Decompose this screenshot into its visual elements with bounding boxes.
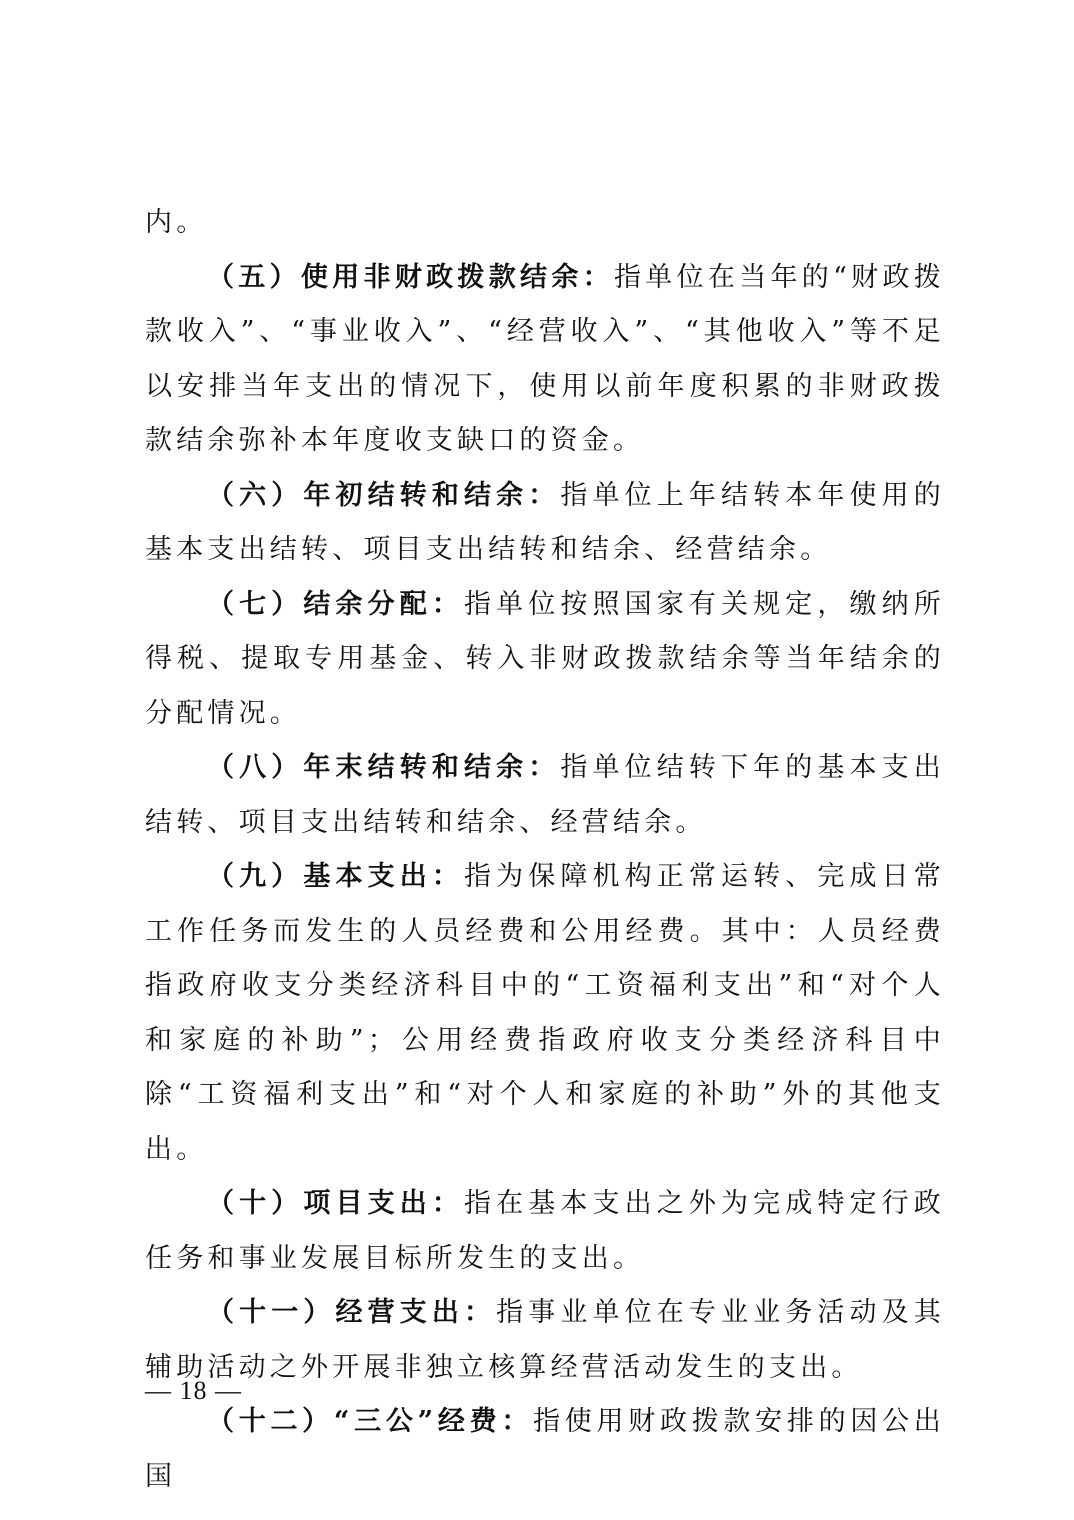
paragraph-opening-carryover: （六）年初结转和结余：指单位上年结转本年使用的基本支出结转、项目支出结转和结余、…: [145, 469, 945, 578]
paragraph-three-public-expenses: （十二）“三公”经费：指使用财政拨款安排的因公出国: [145, 1395, 945, 1504]
definition-term: （十）项目支出：: [207, 1188, 464, 1219]
definition-term: （九）基本支出：: [207, 861, 464, 892]
definition-text: 内。: [145, 207, 207, 238]
document-page: 内。 （五）使用非财政拨款结余：指单位在当年的“财政拨款收入”、“事业收入”、“…: [145, 196, 945, 1504]
definition-term: （八）年末结转和结余：: [207, 752, 560, 783]
page-number: — 18 —: [145, 1376, 242, 1406]
paragraph-continuation: 内。: [145, 196, 945, 251]
definition-term: （十一）经营支出：: [207, 1297, 496, 1328]
definition-term: （七）结余分配：: [207, 589, 464, 620]
definition-text: 指为保障机构正常运转、完成日常工作任务而发生的人员经费和公用经费。其中：人员经费…: [145, 861, 945, 1165]
definition-term: （六）年初结转和结余：: [207, 480, 560, 511]
definition-term: （五）使用非财政拨款结余：: [207, 262, 614, 293]
paragraph-surplus-distribution: （七）结余分配：指单位按照国家有关规定，缴纳所得税、提取专用基金、转入非财政拨款…: [145, 578, 945, 742]
paragraph-closing-carryover: （八）年末结转和结余：指单位结转下年的基本支出结转、项目支出结转和结余、经营结余…: [145, 741, 945, 850]
paragraph-basic-expenditure: （九）基本支出：指为保障机构正常运转、完成日常工作任务而发生的人员经费和公用经费…: [145, 850, 945, 1177]
paragraph-operating-expenditure: （十一）经营支出：指事业单位在专业业务活动及其辅助活动之外开展非独立核算经营活动…: [145, 1286, 945, 1395]
definition-term: （十二）“三公”经费：: [207, 1406, 533, 1437]
paragraph-non-fiscal-surplus: （五）使用非财政拨款结余：指单位在当年的“财政拨款收入”、“事业收入”、“经营收…: [145, 251, 945, 469]
paragraph-project-expenditure: （十）项目支出：指在基本支出之外为完成特定行政任务和事业发展目标所发生的支出。: [145, 1177, 945, 1286]
